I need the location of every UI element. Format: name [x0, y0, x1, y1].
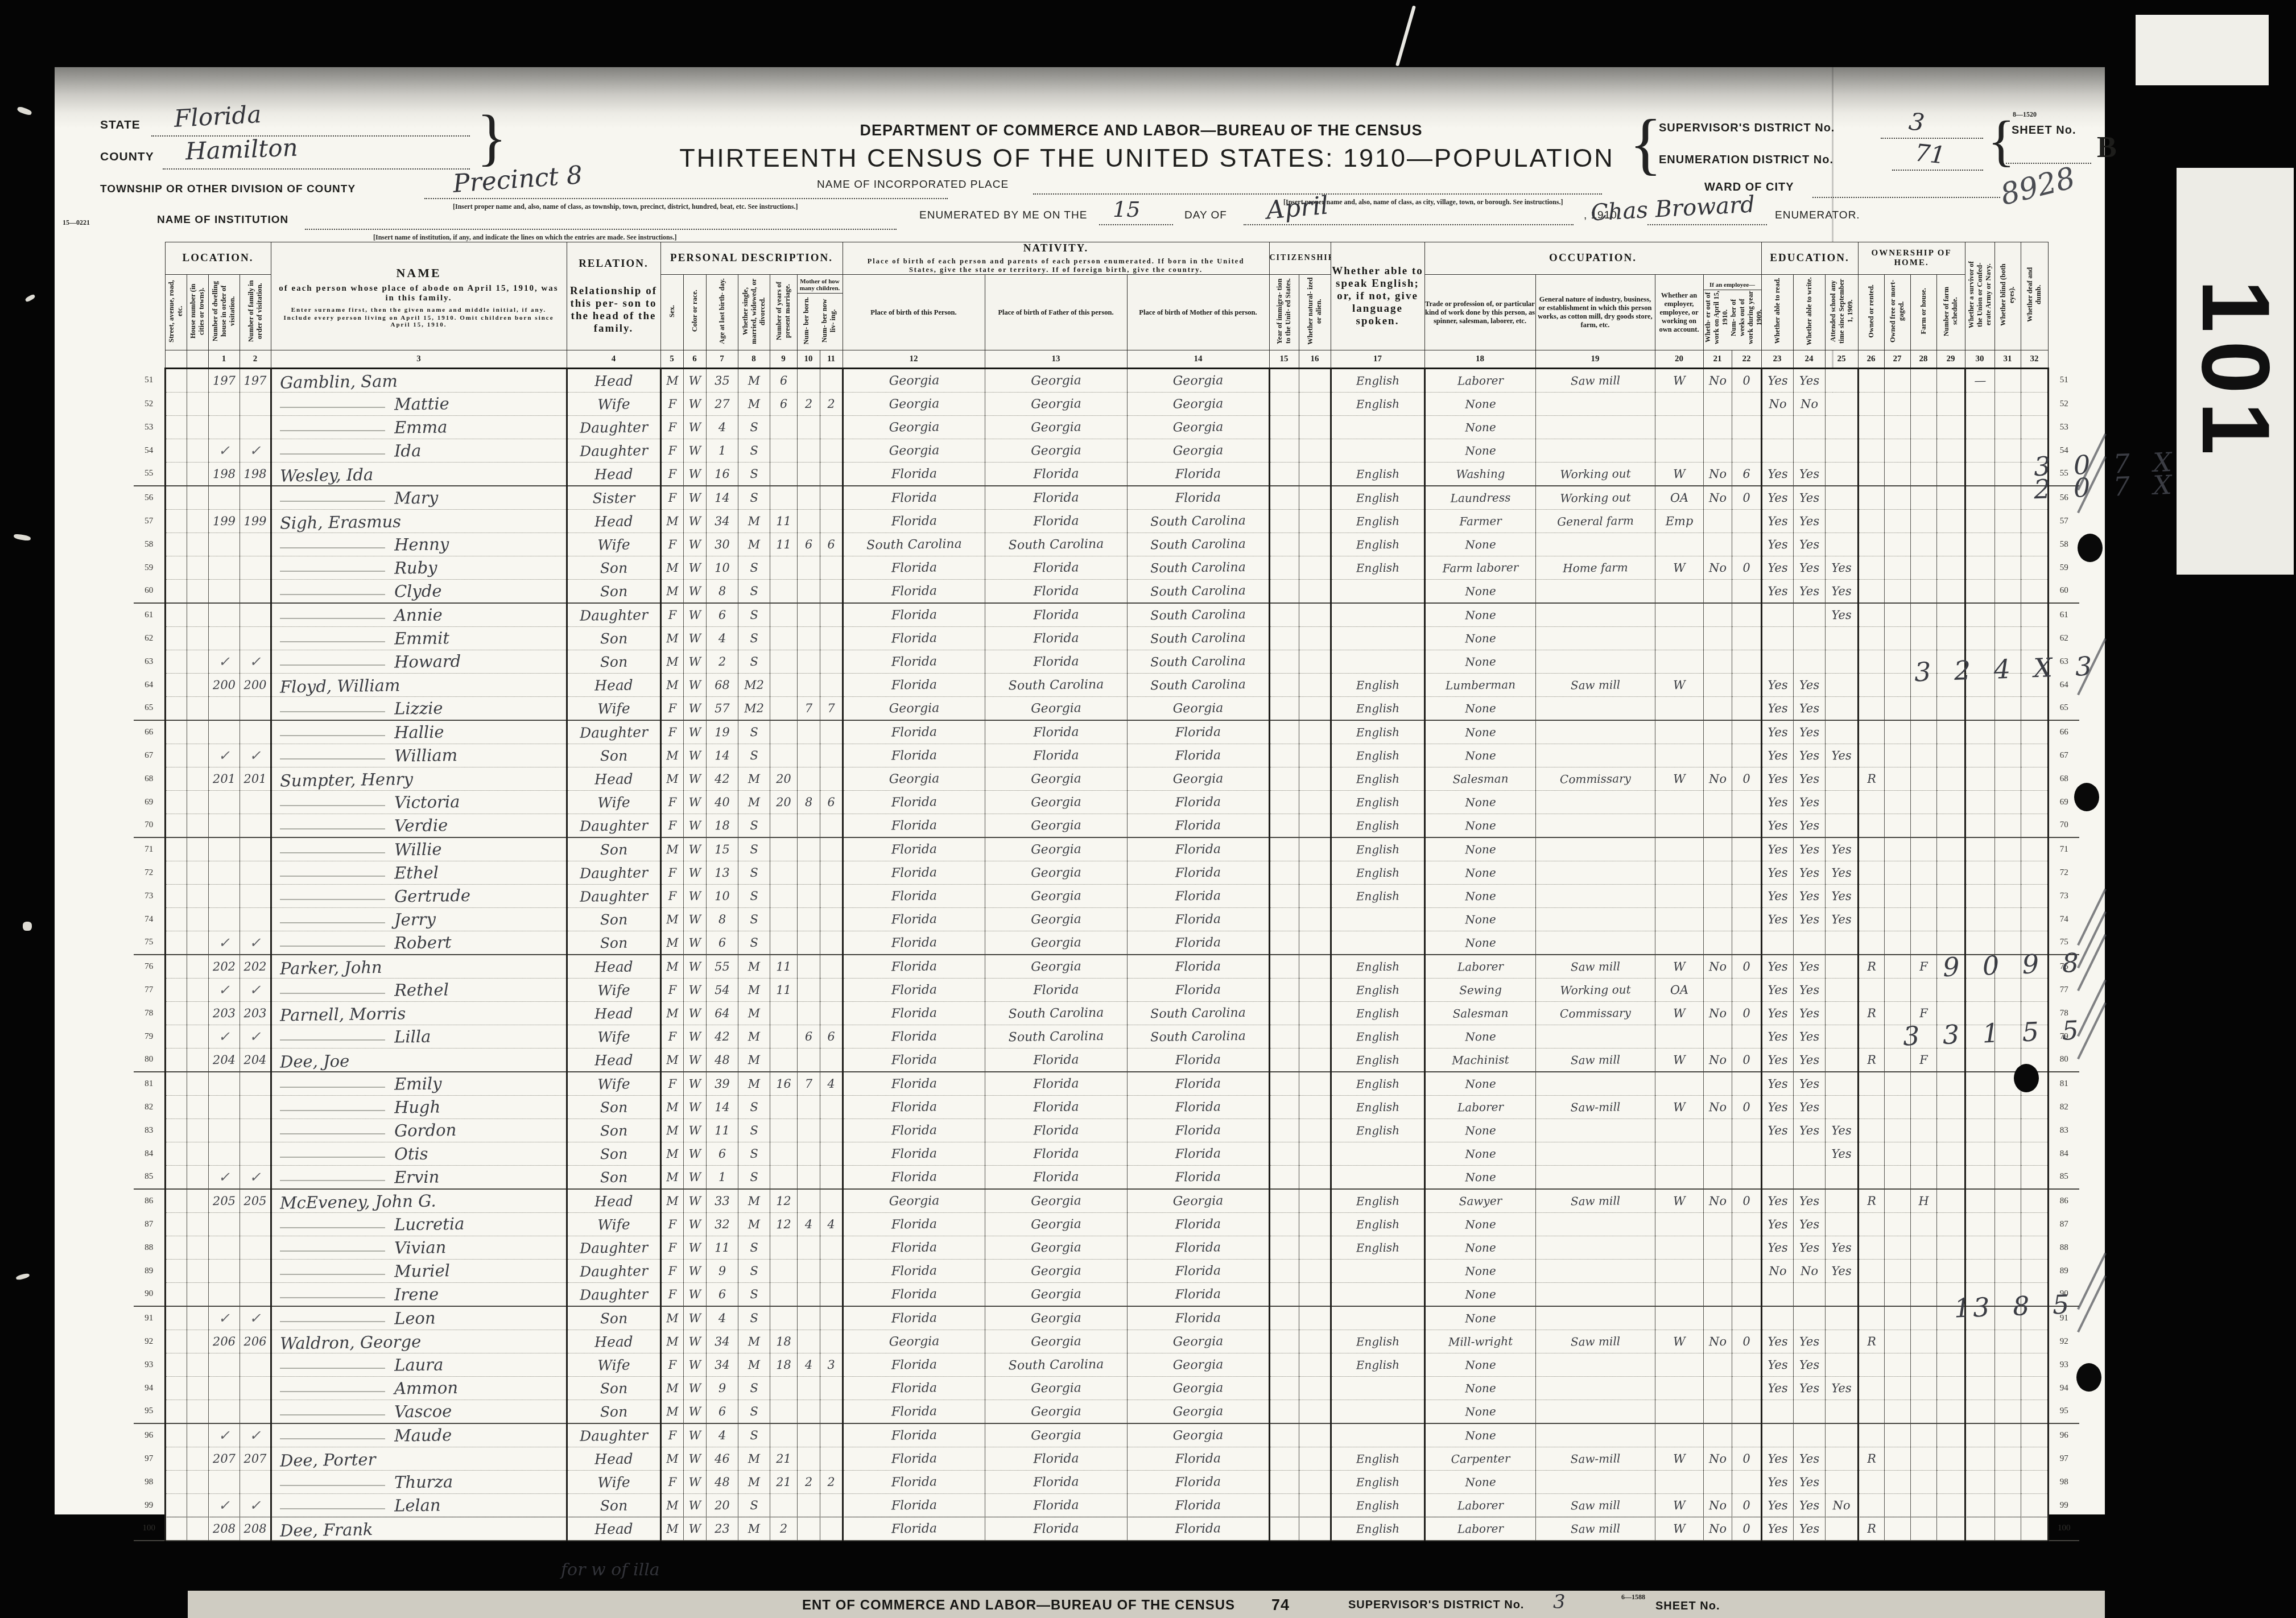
cell-m: S [738, 1377, 770, 1400]
line-number-left: 68 [134, 767, 165, 791]
cell-pf: Georgia [985, 369, 1127, 393]
cell-rel: Son [567, 1494, 660, 1517]
cell-pb: Florida [843, 1260, 985, 1283]
cell-mo [1884, 1049, 1910, 1072]
cell-cl [820, 463, 843, 486]
cell-ym: 20 [770, 767, 797, 791]
cell-rd: Yes [1761, 1447, 1793, 1471]
cell-f [239, 416, 271, 439]
cell-sc: Yes [1825, 837, 1858, 861]
cell-street [165, 1400, 187, 1424]
cell-ym [770, 556, 797, 580]
cell-d: ✓ [208, 1423, 239, 1447]
cell-ym [770, 1236, 797, 1260]
cell-in [1535, 1283, 1655, 1307]
cell-in [1535, 720, 1655, 744]
cell-yi [1269, 1353, 1299, 1377]
cell-cw: W [1655, 556, 1703, 580]
cell-d: ✓ [208, 1025, 239, 1049]
cell-wk [1732, 861, 1761, 885]
cell-fs [1936, 720, 1965, 744]
cell-na [1299, 674, 1331, 697]
sheet-label: SHEET No. [2012, 124, 2076, 137]
line-number-right: 96 [2048, 1423, 2079, 1447]
cell-pm: Florida [1127, 1447, 1269, 1471]
cell-pb: Florida [843, 1166, 985, 1190]
cell-na [1299, 1072, 1331, 1096]
cell-d [208, 416, 239, 439]
cell-cw [1655, 791, 1703, 814]
cell-ow: No [1703, 767, 1732, 791]
column-number: 28 [1910, 350, 1936, 369]
table-row: 96✓✓MaudeDaughterFW4SFloridaGeorgiaGeorg… [134, 1423, 2079, 1447]
cell-m: S [738, 1142, 770, 1166]
cell-m: M [738, 1072, 770, 1096]
cell-oc: None [1424, 697, 1535, 721]
cell-street [165, 486, 187, 510]
cell-wr: Yes [1793, 979, 1825, 1002]
cell-vet [1965, 603, 1994, 627]
cell-fs [1936, 393, 1965, 416]
cell-sx: F [660, 697, 683, 721]
cell-a: 6 [706, 1400, 738, 1424]
cell-street [165, 439, 187, 463]
cell-cl [820, 1166, 843, 1190]
cell-fh [1910, 1236, 1936, 1260]
cell-cw [1655, 1072, 1703, 1096]
cell-sc [1825, 1471, 1858, 1494]
cell-vet [1965, 1471, 1994, 1494]
table-row: 67✓✓WilliamSonMW14SFloridaFloridaFlorida… [134, 744, 2079, 767]
line-number-left: 61 [134, 603, 165, 627]
cell-df [2021, 1423, 2048, 1447]
cell-fs [1936, 1400, 1965, 1424]
cell-sc: Yes [1825, 603, 1858, 627]
cell-vet [1965, 510, 1994, 533]
cell-sc [1825, 416, 1858, 439]
cell-yi [1269, 837, 1299, 861]
cell-bl [1994, 885, 2021, 908]
cell-pm: Florida [1127, 791, 1269, 814]
cell-nm: Hugh [271, 1096, 567, 1119]
cell-f: 197 [239, 369, 271, 393]
cell-pm: Florida [1127, 463, 1269, 486]
cell-na [1299, 416, 1331, 439]
cell-m: M [738, 510, 770, 533]
partial-sheet-label: SHEET No. [1655, 1600, 1720, 1613]
cell-ow [1703, 580, 1732, 604]
cell-rel: Head [567, 674, 660, 697]
cell-fs [1936, 1447, 1965, 1471]
cell-wr: Yes [1793, 1517, 1825, 1541]
cell-own [1858, 627, 1884, 650]
cell-ow [1703, 1400, 1732, 1424]
cell-m: M [738, 767, 770, 791]
cell-d: 205 [208, 1189, 239, 1213]
cell-sx: M [660, 1096, 683, 1119]
cell-vet [1965, 1189, 1994, 1213]
cell-na [1299, 861, 1331, 885]
cell-mo [1884, 1306, 1910, 1330]
cell-wr [1793, 627, 1825, 650]
cell-nm: Leon [271, 1306, 567, 1330]
cell-pf: Georgia [985, 908, 1127, 931]
cell-nm: Parnell, Morris [271, 1002, 567, 1025]
cell-ow [1703, 697, 1732, 721]
cell-oc: None [1424, 791, 1535, 814]
cell-na [1299, 979, 1331, 1002]
column-number: 20 [1655, 350, 1703, 369]
cell-oc: None [1424, 814, 1535, 838]
cell-wr: Yes [1793, 1119, 1825, 1142]
cell-na [1299, 1260, 1331, 1283]
cell-pb: Georgia [843, 767, 985, 791]
cell-mo [1884, 1119, 1910, 1142]
cell-wk [1732, 1471, 1761, 1494]
cell-m: M2 [738, 674, 770, 697]
cell-sx: F [660, 439, 683, 463]
cell-rel: Son [567, 1096, 660, 1119]
cell-fh [1910, 439, 1936, 463]
cell-nm: Floyd, William [271, 674, 567, 697]
cell-c: W [683, 791, 706, 814]
cell-house [187, 1072, 208, 1096]
cell-bl [1994, 580, 2021, 604]
cell-pm: Florida [1127, 1142, 1269, 1166]
cell-na [1299, 439, 1331, 463]
cell-house [187, 744, 208, 767]
cell-ym [770, 697, 797, 721]
cell-sc [1825, 1353, 1858, 1377]
cell-pb: Florida [843, 1471, 985, 1494]
cell-wk [1732, 627, 1761, 650]
cell-c: W [683, 416, 706, 439]
cell-d [208, 1096, 239, 1119]
cell-street [165, 885, 187, 908]
cell-pm: South Carolina [1127, 1002, 1269, 1025]
cell-c: W [683, 837, 706, 861]
cell-pm: Florida [1127, 744, 1269, 767]
cell-f [239, 791, 271, 814]
cell-oc: None [1424, 416, 1535, 439]
cell-ym: 21 [770, 1471, 797, 1494]
cell-ym: 6 [770, 393, 797, 416]
cell-pm: Georgia [1127, 416, 1269, 439]
cell-wr: Yes [1793, 1494, 1825, 1517]
cell-sx: M [660, 1189, 683, 1213]
cell-in [1535, 416, 1655, 439]
cell-pm: Georgia [1127, 393, 1269, 416]
cell-en: English [1331, 1447, 1424, 1471]
cell-bl [1994, 1353, 2021, 1377]
cell-pm: Florida [1127, 885, 1269, 908]
cell-oc: None [1424, 533, 1535, 556]
cell-mo [1884, 556, 1910, 580]
cell-a: 20 [706, 1494, 738, 1517]
cell-mo [1884, 486, 1910, 510]
col-header-farm-house: Farm or house. [1910, 275, 1936, 350]
cell-rel: Son [567, 650, 660, 674]
cell-rel: Wife [567, 791, 660, 814]
cell-oc: None [1424, 1119, 1535, 1142]
cell-oc: Laborer [1424, 1494, 1535, 1517]
cell-nm: William [271, 744, 567, 767]
cell-d [208, 1471, 239, 1494]
cell-c: W [683, 393, 706, 416]
line-number-right: 71 [2048, 837, 2079, 861]
cell-sx: M [660, 931, 683, 955]
cell-rd: Yes [1761, 1025, 1793, 1049]
cell-wr: Yes [1793, 697, 1825, 721]
cell-sx: F [660, 979, 683, 1002]
cell-ym [770, 720, 797, 744]
census-table: LOCATION. NAME of each person whose plac… [134, 242, 2079, 1541]
cell-cb [797, 1166, 820, 1190]
cell-df [2021, 393, 2048, 416]
cell-cb [797, 1002, 820, 1025]
cell-ym [770, 861, 797, 885]
cell-vet [1965, 744, 1994, 767]
cell-rd: Yes [1761, 580, 1793, 604]
cell-c: W [683, 463, 706, 486]
cell-cw: W [1655, 1189, 1703, 1213]
cell-fh: F [1910, 955, 1936, 979]
cell-pf: Florida [985, 979, 1127, 1002]
col-header-family: Number of family in order of visitation. [239, 275, 271, 350]
cell-fs [1936, 369, 1965, 393]
cell-own: R [1858, 1330, 1884, 1353]
line-number-left: 77 [134, 979, 165, 1002]
cell-cb [797, 1517, 820, 1541]
line-number-left: 55 [134, 463, 165, 486]
table-row: 72EthelDaughterFW13SFloridaGeorgiaFlorid… [134, 861, 2079, 885]
cell-bl [1994, 814, 2021, 838]
cell-house [187, 1400, 208, 1424]
cell-pf: Florida [985, 1447, 1127, 1471]
enumerated-month: April [1265, 191, 1329, 225]
cell-fh [1910, 1119, 1936, 1142]
cell-cb [797, 837, 820, 861]
cell-mo [1884, 674, 1910, 697]
cell-cw: W [1655, 369, 1703, 393]
cell-street [165, 1025, 187, 1049]
cell-rel: Daughter [567, 1283, 660, 1307]
column-number: 30 [1965, 350, 1994, 369]
line-number-right: 88 [2048, 1236, 2079, 1260]
cell-fs [1936, 1353, 1965, 1377]
cell-pm: Florida [1127, 837, 1269, 861]
col-header-class: Whether an employer, employee, or workin… [1655, 275, 1703, 350]
table-row: 60ClydeSonMW8SFloridaFloridaSouth Caroli… [134, 580, 2079, 604]
cell-c: W [683, 1330, 706, 1353]
cell-fh [1910, 1517, 1936, 1541]
cell-mo [1884, 720, 1910, 744]
cell-nm: Sigh, Erasmus [271, 510, 567, 533]
table-row: 54✓✓IdaDaughterFW1SGeorgiaGeorgiaGeorgia… [134, 439, 2079, 463]
cell-yi [1269, 580, 1299, 604]
column-number: 18 [1424, 350, 1535, 369]
cell-own [1858, 486, 1884, 510]
column-number: 19 [1535, 350, 1655, 369]
cell-cl [820, 369, 843, 393]
cell-pb: Florida [843, 1096, 985, 1119]
cell-yi [1269, 1260, 1299, 1283]
cell-cw: W [1655, 1447, 1703, 1471]
cell-m: S [738, 580, 770, 604]
cell-sc [1825, 1447, 1858, 1471]
cell-df [2021, 1330, 2048, 1353]
state-label: STATE [100, 118, 141, 132]
cell-rd: Yes [1761, 1330, 1793, 1353]
cell-bl [1994, 697, 2021, 721]
cell-c: W [683, 486, 706, 510]
cell-rel: Daughter [567, 720, 660, 744]
column-number: 22 [1732, 350, 1761, 369]
cell-pm: Georgia [1127, 1377, 1269, 1400]
cell-en [1331, 1400, 1424, 1424]
cell-vet [1965, 1423, 1994, 1447]
cell-sc [1825, 463, 1858, 486]
col-header-trade: Trade or profession of, or particular ki… [1424, 275, 1535, 350]
cell-m: M2 [738, 697, 770, 721]
group-ownership: OWNERSHIP OF HOME. [1858, 242, 1965, 275]
cell-sx: M [660, 510, 683, 533]
cell-mo [1884, 697, 1910, 721]
cell-pb: Florida [843, 1213, 985, 1236]
cell-fs [1936, 416, 1965, 439]
cell-street [165, 1096, 187, 1119]
cell-wk [1732, 603, 1761, 627]
cell-rel: Wife [567, 979, 660, 1002]
cell-fh: F [1910, 1049, 1936, 1072]
cell-sx: M [660, 1049, 683, 1072]
cell-rel: Daughter [567, 603, 660, 627]
cell-ym [770, 1377, 797, 1400]
cell-f: 203 [239, 1002, 271, 1025]
cell-ym [770, 674, 797, 697]
cell-yi [1269, 1306, 1299, 1330]
cell-ow [1703, 931, 1732, 955]
cell-rel: Wife [567, 1471, 660, 1494]
cell-nm: Emily [271, 1072, 567, 1096]
cell-pm: Florida [1127, 1494, 1269, 1517]
cell-mo [1884, 767, 1910, 791]
cell-in [1535, 1260, 1655, 1283]
cell-pf: Florida [985, 650, 1127, 674]
cell-ow [1703, 1377, 1732, 1400]
cell-street [165, 533, 187, 556]
column-number: 29 [1936, 350, 1965, 369]
cell-m: S [738, 603, 770, 627]
cell-a: 13 [706, 861, 738, 885]
cell-pf: Georgia [985, 1330, 1127, 1353]
column-number: 16 [1299, 350, 1331, 369]
cell-na [1299, 1377, 1331, 1400]
cell-fh [1910, 908, 1936, 931]
cell-cw [1655, 1353, 1703, 1377]
cell-house [187, 814, 208, 838]
column-number: 6 [683, 350, 706, 369]
cell-sx: M [660, 1142, 683, 1166]
cell-cl [820, 510, 843, 533]
cell-na [1299, 1025, 1331, 1049]
cell-df [2021, 767, 2048, 791]
cell-own [1858, 1142, 1884, 1166]
cell-street [165, 1330, 187, 1353]
col-header-deaf: Whether deaf and dumb. [2021, 242, 2048, 350]
cell-bl [1994, 1260, 2021, 1283]
cell-sx: F [660, 1025, 683, 1049]
cell-fs [1936, 533, 1965, 556]
cell-fs [1936, 1096, 1965, 1119]
cell-f: 199 [239, 510, 271, 533]
cell-wk [1732, 1119, 1761, 1142]
cell-wr: Yes [1793, 463, 1825, 486]
table-row: 98ThurzaWifeFW48M2122FloridaFloridaFlori… [134, 1471, 2079, 1494]
cell-ym [770, 1119, 797, 1142]
cell-pf: Georgia [985, 837, 1127, 861]
cell-cl [820, 1400, 843, 1424]
cell-na [1299, 533, 1331, 556]
cell-vet [1965, 580, 1994, 604]
cell-wr: Yes [1793, 580, 1825, 604]
pencil-annotation: 13 8 5 [1954, 1289, 2072, 1323]
cell-wr: Yes [1793, 369, 1825, 393]
cell-ow: No [1703, 556, 1732, 580]
cell-ym [770, 603, 797, 627]
cell-sc [1825, 697, 1858, 721]
cell-cw [1655, 393, 1703, 416]
cell-pm: Florida [1127, 1283, 1269, 1307]
cell-rd: No [1761, 393, 1793, 416]
cell-pb: Florida [843, 1494, 985, 1517]
cell-street [165, 791, 187, 814]
cell-sc [1825, 767, 1858, 791]
cell-in [1535, 1353, 1655, 1377]
cell-rel: Son [567, 908, 660, 931]
cell-own: R [1858, 1189, 1884, 1213]
cell-c: W [683, 1119, 706, 1142]
cell-street [165, 837, 187, 861]
cell-in: Commissary [1535, 1002, 1655, 1025]
line-number-right: 57 [2048, 510, 2079, 533]
cell-en [1331, 603, 1424, 627]
column-number: 5 [660, 350, 683, 369]
cell-oc: None [1424, 720, 1535, 744]
cell-rel: Son [567, 837, 660, 861]
cell-in: Home farm [1535, 556, 1655, 580]
cell-rd: Yes [1761, 744, 1793, 767]
cell-house [187, 1353, 208, 1377]
cell-cb [797, 1189, 820, 1213]
cell-fs [1936, 697, 1965, 721]
cell-f: ✓ [239, 1494, 271, 1517]
cell-own [1858, 1400, 1884, 1424]
cell-sc [1825, 533, 1858, 556]
pencil-annotation: 3 3 1 5 5 [1902, 1015, 2082, 1052]
cell-ow: No [1703, 1494, 1732, 1517]
cell-en: English [1331, 1353, 1424, 1377]
table-row: 78203203Parnell, MorrisHeadMW64MFloridaS… [134, 1002, 2079, 1025]
cell-own: R [1858, 767, 1884, 791]
cell-wk [1732, 439, 1761, 463]
district-brace: { [1629, 105, 1662, 183]
line-number-right: 58 [2048, 533, 2079, 556]
cell-vet [1965, 1447, 1994, 1471]
cell-vet [1965, 837, 1994, 861]
col-header-house: House number (in cities or towns). [187, 275, 208, 350]
cell-rel: Daughter [567, 861, 660, 885]
